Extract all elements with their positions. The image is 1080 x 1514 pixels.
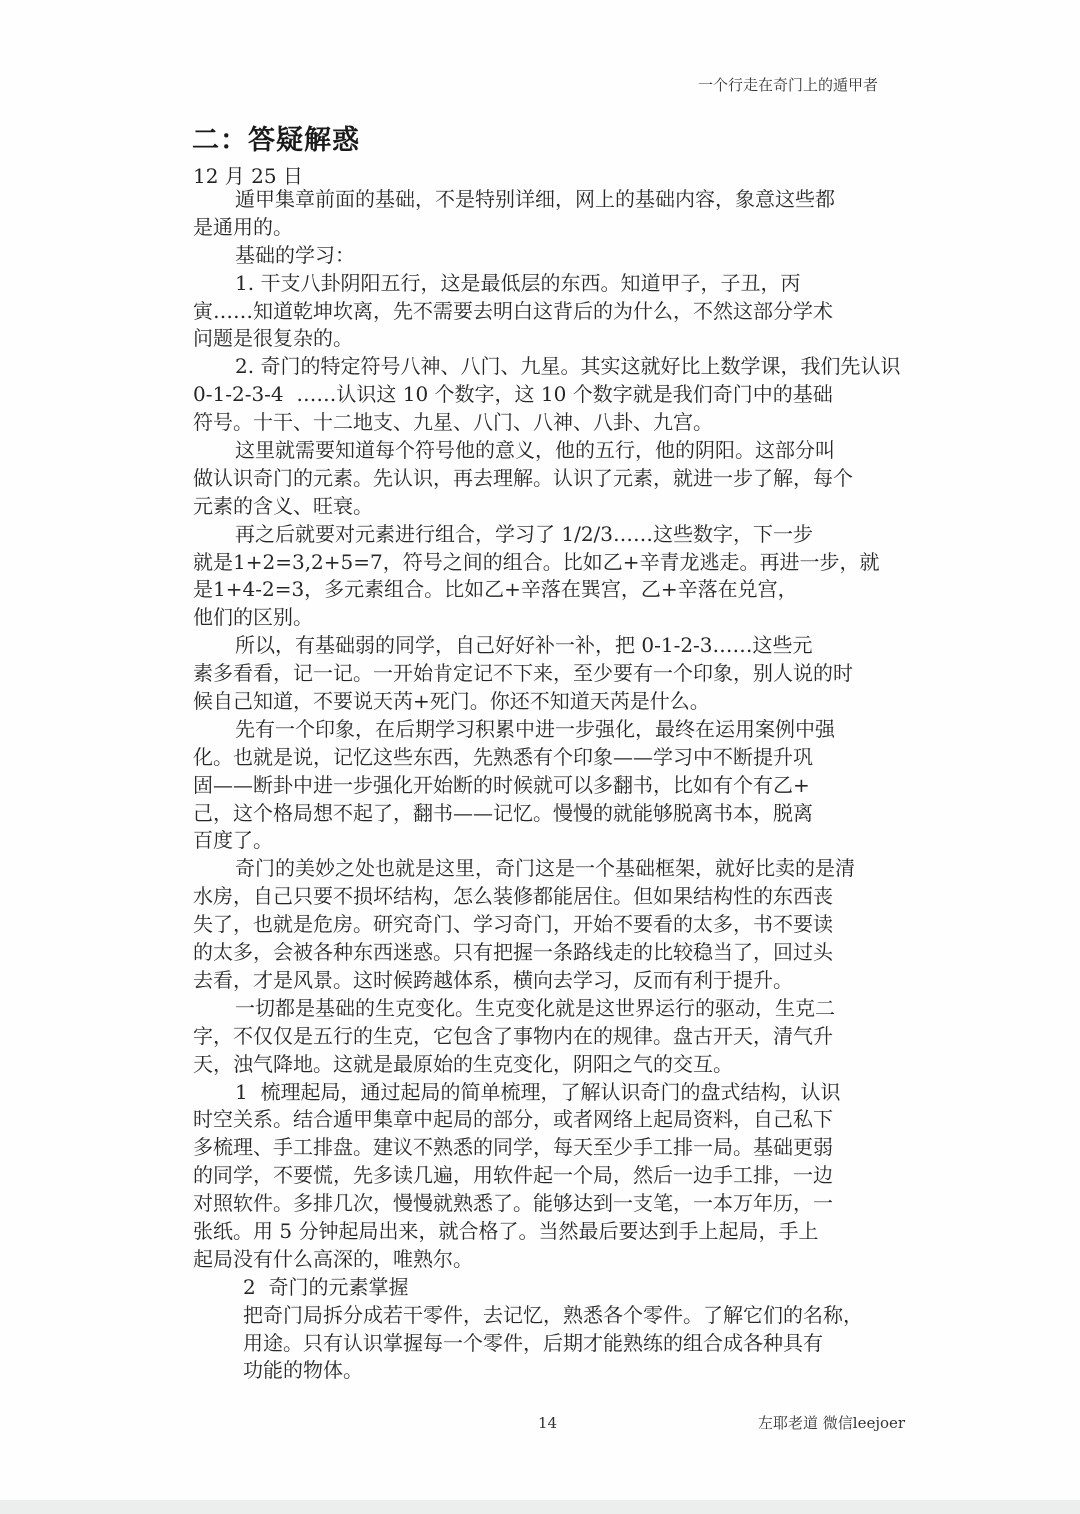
body-line: 是通用的。 bbox=[193, 214, 923, 242]
body-line: 天，浊气降地。这就是最原始的生克变化，阴阳之气的交互。 bbox=[193, 1051, 923, 1079]
body-line: 己，这个格局想不起了，翻书——记忆。慢慢的就能够脱离书本，脱离 bbox=[193, 800, 923, 828]
body-line: 素多看看，记一记。一开始肯定记不下来，至少要有一个印象，别人说的时 bbox=[193, 660, 923, 688]
body-line: 就是1+2=3,2+5=7，符号之间的组合。比如乙+辛青龙逃走。再进一步，就 bbox=[193, 549, 923, 577]
document-page: 一个行走在奇门上的遁甲者 二：答疑解惑 12 月 25 日 遁甲集章前面的基础，… bbox=[0, 0, 1080, 1500]
body-line: 他们的区别。 bbox=[193, 604, 923, 632]
body-line: 这里就需要知道每个符号他的意义，他的五行，他的阴阳。这部分叫 bbox=[193, 437, 923, 465]
body-line: 多梳理、手工排盘。建议不熟悉的同学，每天至少手工排一局。基础更弱 bbox=[193, 1134, 923, 1162]
body-line: 水房，自己只要不损坏结构，怎么装修都能居住。但如果结构性的东西丧 bbox=[193, 883, 923, 911]
entry-date: 12 月 25 日 bbox=[193, 160, 303, 189]
body-line: 去看，才是风景。这时候跨越体系，横向去学习，反而有利于提升。 bbox=[193, 967, 923, 995]
body-line: 是1+4-2=3，多元素组合。比如乙+辛落在巽宫，乙+辛落在兑宫， bbox=[193, 576, 923, 604]
body-line: 1. 干支八卦阴阳五行，这是最低层的东西。知道甲子，子丑，丙 bbox=[193, 270, 923, 298]
body-line: 一切都是基础的生克变化。生克变化就是这世界运行的驱动，生克二 bbox=[193, 995, 923, 1023]
section-title: 二：答疑解惑 bbox=[192, 118, 360, 157]
page-number: 14 bbox=[538, 1414, 557, 1432]
body-line: 把奇门局拆分成若干零件，去记忆，熟悉各个零件。了解它们的名称， bbox=[193, 1302, 923, 1330]
body-line: 奇门的美妙之处也就是这里，奇门这是一个基础框架，就好比卖的是清 bbox=[193, 855, 923, 883]
body-line: 问题是很复杂的。 bbox=[193, 325, 923, 353]
body-line: 化。也就是说，记忆这些东西，先熟悉有个印象——学习中不断提升巩 bbox=[193, 744, 923, 772]
body-line: 固——断卦中进一步强化开始断的时候就可以多翻书，比如有个有乙+ bbox=[193, 772, 923, 800]
body-line: 时空关系。结合遁甲集章中起局的部分，或者网络上起局资料，自己私下 bbox=[193, 1106, 923, 1134]
bottom-band bbox=[0, 1500, 1080, 1514]
body-line: 所以，有基础弱的同学，自己好好补一补，把 0-1-2-3……这些元 bbox=[193, 632, 923, 660]
body-line: 符号。十干、十二地支、九星、八门、八神、八卦、九宫。 bbox=[193, 409, 923, 437]
body-line: 2. 奇门的特定符号八神、八门、九星。其实这就好比上数学课，我们先认识 bbox=[193, 353, 923, 381]
body-line: 候自己知道，不要说天芮+死门。你还不知道天芮是什么。 bbox=[193, 688, 923, 716]
body-line: 1 梳理起局，通过起局的简单梳理，了解认识奇门的盘式结构，认识 bbox=[193, 1079, 923, 1107]
body-line: 0-1-2-3-4 ……认识这 10 个数字，这 10 个数字就是我们奇门中的基… bbox=[193, 381, 923, 409]
body-line: 字，不仅仅是五行的生克，它包含了事物内在的规律。盘古开天，清气升 bbox=[193, 1023, 923, 1051]
body-line: 寅……知道乾坤坎离，先不需要去明白这背后的为什么，不然这部分学术 bbox=[193, 298, 923, 326]
body-text: 遁甲集章前面的基础，不是特别详细，网上的基础内容，象意这些都是通用的。基础的学习… bbox=[193, 186, 923, 1385]
body-line: 遁甲集章前面的基础，不是特别详细，网上的基础内容，象意这些都 bbox=[193, 186, 923, 214]
body-line: 再之后就要对元素进行组合，学习了 1/2/3……这些数字，下一步 bbox=[193, 521, 923, 549]
body-line: 元素的含义、旺衰。 bbox=[193, 493, 923, 521]
body-line: 先有一个印象，在后期学习积累中进一步强化，最终在运用案例中强 bbox=[193, 716, 923, 744]
body-line: 用途。只有认识掌握每一个零件，后期才能熟练的组合成各种具有 bbox=[193, 1330, 923, 1358]
footer-credit: 左耶老道 微信leejoer bbox=[758, 1412, 905, 1433]
body-line: 对照软件。多排几次，慢慢就熟悉了。能够达到一支笔，一本万年历，一 bbox=[193, 1190, 923, 1218]
body-line: 做认识奇门的元素。先认识，再去理解。认识了元素，就进一步了解，每个 bbox=[193, 465, 923, 493]
body-line: 基础的学习： bbox=[193, 242, 923, 270]
body-line: 起局没有什么高深的，唯熟尔。 bbox=[193, 1246, 923, 1274]
body-line: 张纸。用 5 分钟起局出来，就合格了。当然最后要达到手上起局，手上 bbox=[193, 1218, 923, 1246]
body-line: 2 奇门的元素掌握 bbox=[193, 1274, 923, 1302]
body-line: 失了，也就是危房。研究奇门、学习奇门，开始不要看的太多，书不要读 bbox=[193, 911, 923, 939]
running-header: 一个行走在奇门上的遁甲者 bbox=[698, 74, 878, 95]
body-line: 百度了。 bbox=[193, 827, 923, 855]
body-line: 的同学，不要慌，先多读几遍，用软件起一个局，然后一边手工排，一边 bbox=[193, 1162, 923, 1190]
body-line: 功能的物体。 bbox=[193, 1357, 923, 1385]
body-line: 的太多，会被各种东西迷惑。只有把握一条路线走的比较稳当了，回过头 bbox=[193, 939, 923, 967]
